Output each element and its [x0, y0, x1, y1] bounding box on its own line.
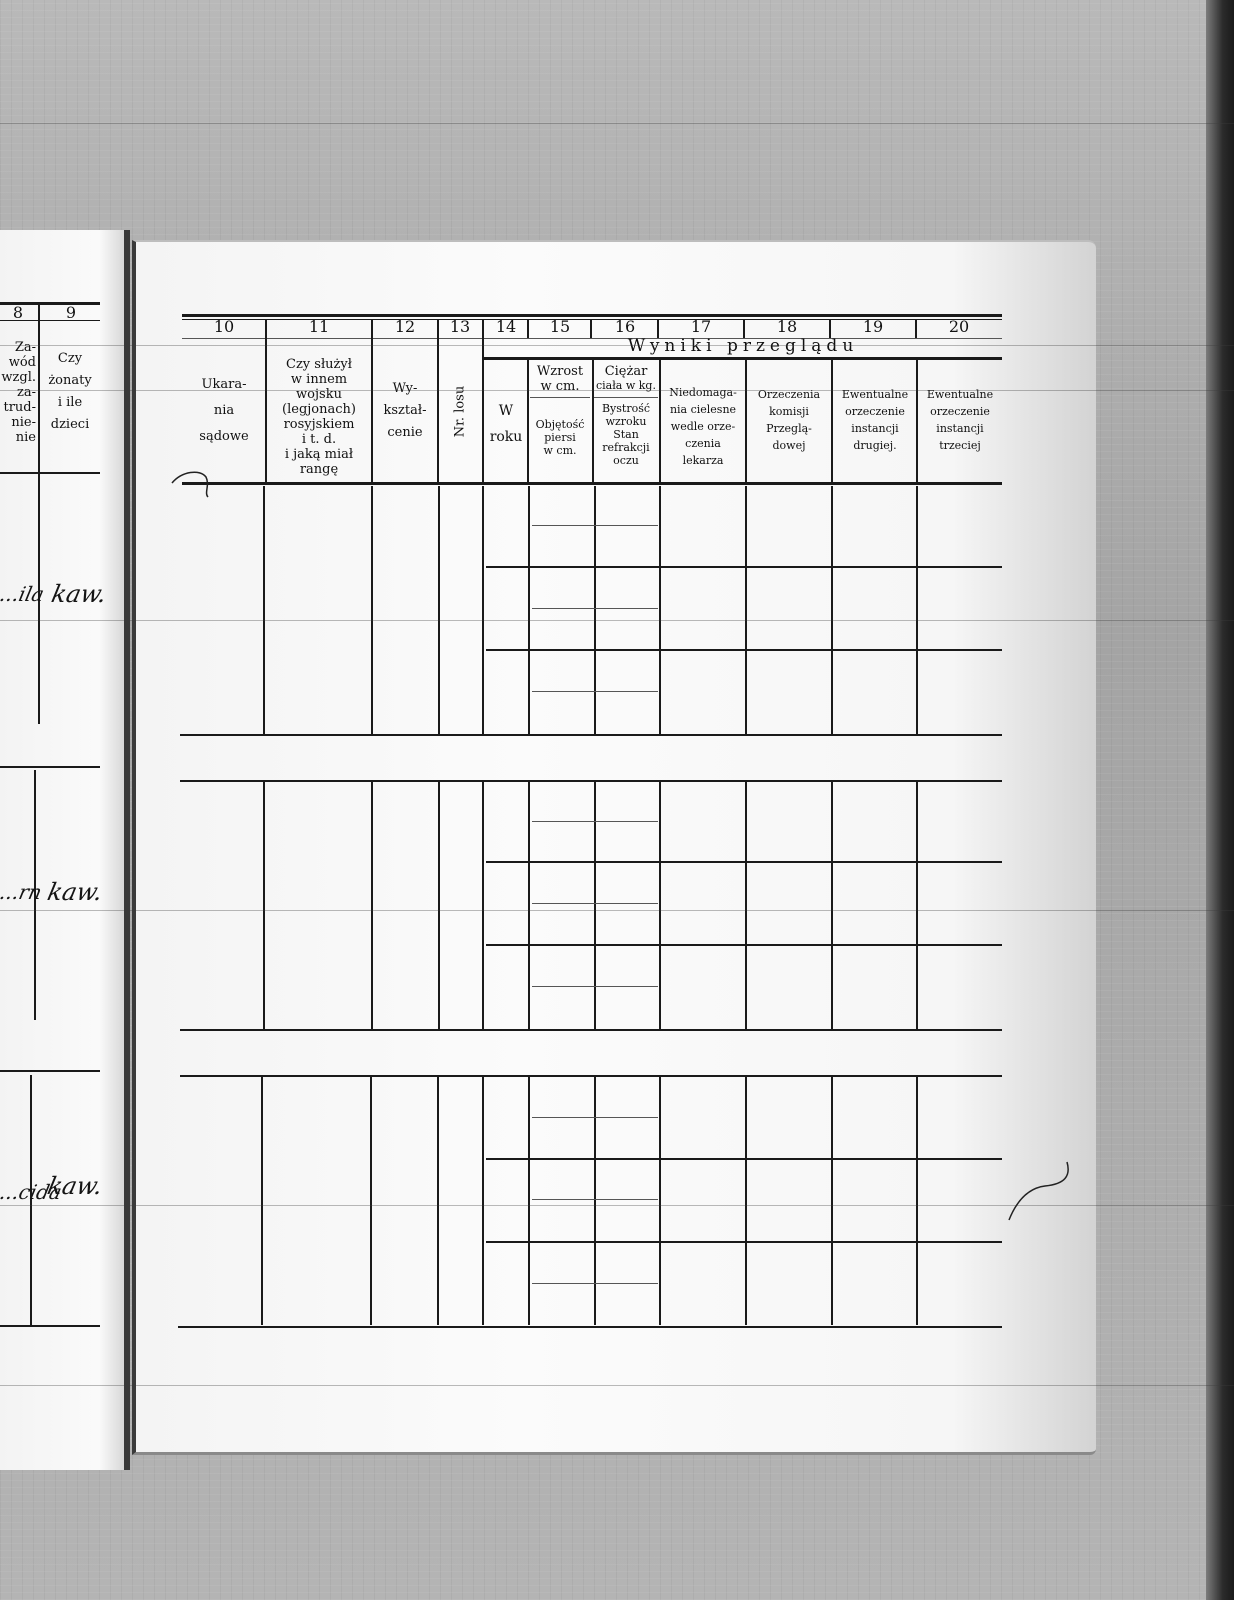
- column-19-header: Ewentualne orzeczenie instancji drugiej.: [832, 386, 918, 454]
- scan-artifact: [0, 1385, 1234, 1386]
- column-12-header: Wy- kształ- cenie: [372, 378, 438, 444]
- column-10-number: 10: [182, 318, 266, 336]
- block-rule: [0, 766, 100, 768]
- column-divider: [915, 320, 917, 338]
- scan-artifact: [0, 620, 1234, 621]
- entry-1-occupation: ...ila: [0, 582, 46, 606]
- scan-artifact: [0, 390, 1234, 391]
- header-bottom-rule: [0, 472, 100, 474]
- column-divider: [38, 304, 40, 724]
- left-page: 8 9 Za- wód wzgl. za- trud- nie- nie Czy…: [0, 230, 130, 1470]
- column-12-number: 12: [372, 318, 438, 336]
- entry-2-occupation: ...rn: [0, 880, 44, 904]
- column-18-header: Orzeczenia komisji Przeglą- dowej: [746, 386, 832, 454]
- column-10-header: Ukara- nia sądowe: [182, 372, 266, 450]
- column-13-number: 13: [438, 318, 482, 336]
- column-divider: [590, 320, 592, 338]
- sub-header-rule: [594, 397, 658, 398]
- column-19-number: 19: [830, 318, 916, 336]
- column-divider: [527, 320, 529, 338]
- column-13-header: Nr. losu: [453, 372, 468, 452]
- column-11-header: Czy służył w innem wojsku (legjonach) ro…: [266, 357, 372, 477]
- pen-mark: [1005, 1160, 1075, 1225]
- group-header-rule: [484, 357, 1002, 360]
- column-9-number: 9: [46, 304, 96, 322]
- entry-2-marital-status: kaw.: [45, 878, 105, 906]
- group-header-wyniki-przegladu: Wyniki przeglądu: [484, 339, 1002, 354]
- column-divider: [657, 320, 659, 338]
- block-rule: [0, 1070, 100, 1072]
- column-14-header: W roku: [484, 398, 528, 450]
- entry-1-marital-status: kaw.: [49, 580, 109, 608]
- column-9-header: Czy żonaty i ile dzieci: [42, 348, 98, 436]
- column-8-header: Za- wód wzgl. za- trud- nie- nie: [0, 340, 36, 445]
- sub-header-rule: [530, 397, 590, 398]
- scanner-edge: [1206, 0, 1234, 1600]
- column-20-header: Ewentualne orzeczenie instancji trzeciej: [918, 386, 1002, 454]
- entry-3-marital-status: kaw.: [45, 1172, 105, 1200]
- column-8-number: 8: [6, 304, 30, 322]
- column-16-number: 16: [592, 318, 658, 336]
- column-11-number: 11: [266, 318, 372, 336]
- scan-artifact: [0, 123, 1234, 124]
- block-rule: [0, 1325, 100, 1327]
- column-17-number: 17: [658, 318, 744, 336]
- scan-artifact: [0, 910, 1234, 911]
- column-20-number: 20: [916, 318, 1002, 336]
- column-15-header-bottom: Objętość piersi w cm.: [528, 418, 592, 457]
- column-divider: [829, 320, 831, 338]
- column-14-number: 14: [484, 318, 528, 336]
- column-17-header: Niedomaga- nia cielesne wedle orze- czen…: [660, 384, 746, 469]
- column-16-header-top: Ciężar ciała w kg.: [594, 364, 658, 392]
- column-18-number: 18: [744, 318, 830, 336]
- pen-mark: [170, 465, 220, 500]
- column-16-header-bottom: Bystrość wzroku Stan refrakcji oczu: [594, 402, 658, 467]
- scan-artifact: [0, 345, 1234, 346]
- column-divider: [743, 320, 745, 338]
- column-15-number: 15: [528, 318, 592, 336]
